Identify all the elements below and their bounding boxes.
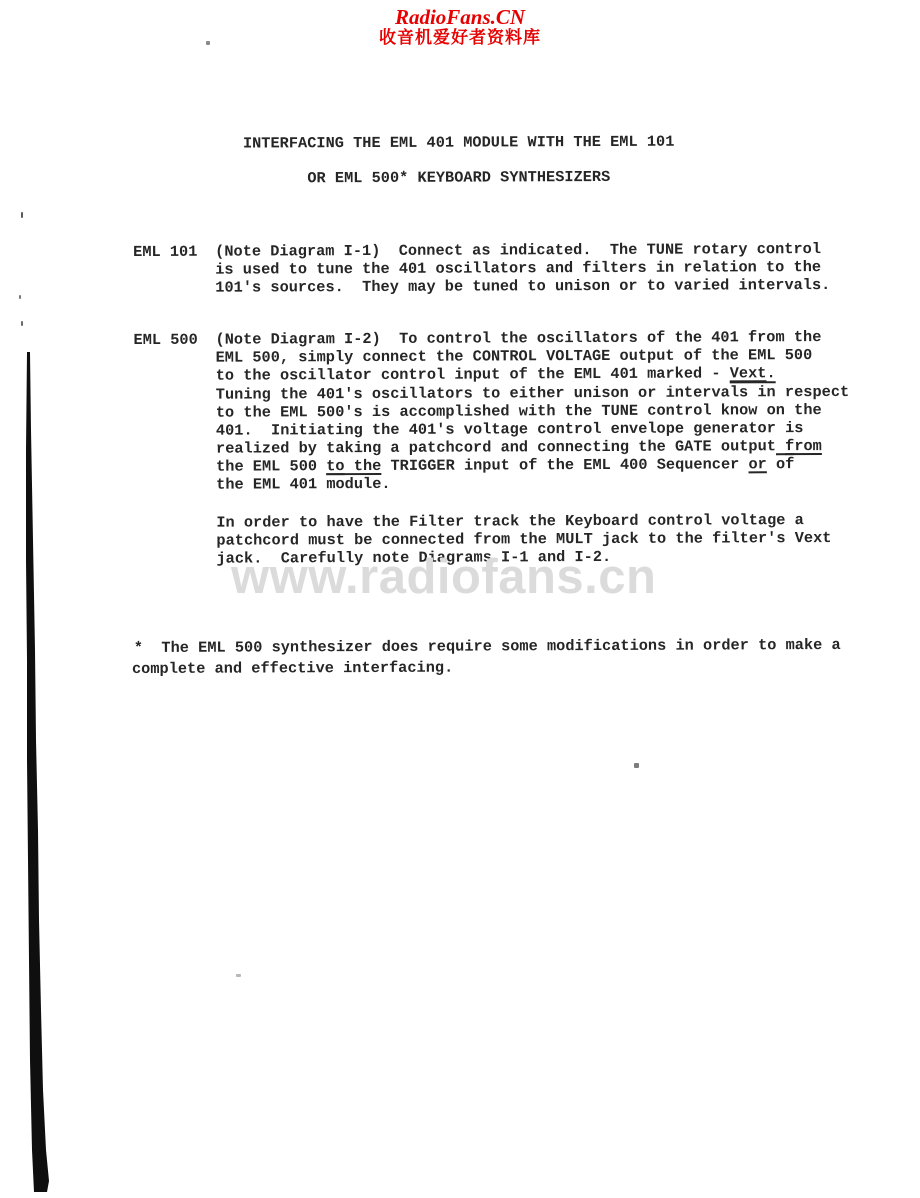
overlined-word-module: module	[326, 475, 381, 493]
stray-overline-mark: ls in	[730, 383, 776, 401]
dust-speck	[634, 763, 639, 768]
doc-title-line2: OR EML 500* KEYBOARD SYNTHESIZERS	[0, 168, 919, 189]
dust-speck	[236, 974, 241, 977]
line3-text: to the oscillator control input of the E…	[216, 364, 730, 384]
dust-speck	[206, 41, 210, 45]
eml101-line3: 101's sources. They may be tuned to unis…	[215, 277, 830, 297]
underlined-word-vext: Vext	[730, 364, 767, 382]
watermark-text: www.radiofans.cn	[231, 549, 656, 605]
underlined-word-from: from	[785, 437, 822, 455]
line9-text: the EML 401	[216, 475, 326, 493]
line3-period: .	[766, 364, 775, 382]
line8-text2: the TRIGGER input of the EML 400 Sequenc…	[345, 455, 749, 475]
footnote-line1: * The EML 500 synthesizer does require s…	[134, 637, 841, 657]
underlined-word-or: or	[748, 455, 766, 473]
eml500-line3: to the oscillator control input of the E…	[216, 365, 776, 384]
overlined-word-of: of	[776, 455, 794, 473]
dust-speck	[19, 295, 21, 299]
eml500-line8: the EML 500 to the TRIGGER input of the …	[216, 456, 794, 476]
line9-period: .	[381, 475, 390, 493]
footnote-line2: complete and effective interfacing.	[132, 660, 453, 678]
underlined-word-to: to	[326, 457, 344, 475]
dust-speck	[21, 212, 23, 218]
eml101-label: EML 101	[133, 244, 197, 261]
eml500-label: EML 500	[133, 332, 197, 349]
eml500-line9: the EML 401 module.	[216, 476, 390, 494]
scanned-document-page: RadioFans.CN 收音机爱好者资料库 INTERFACING THE E…	[0, 0, 920, 1198]
line4-text: Tuning the 401's oscillators to either u…	[216, 383, 730, 403]
line8-text3	[767, 455, 776, 473]
dust-speck	[21, 321, 23, 326]
filter-note-line2: patchcord must be connected from the MUL…	[216, 530, 831, 550]
doc-title-line1: INTERFACING THE EML 401 MODULE WITH THE …	[0, 133, 919, 154]
line4-rest: respect	[776, 383, 850, 401]
line8-text1: the EML 500	[216, 457, 326, 475]
